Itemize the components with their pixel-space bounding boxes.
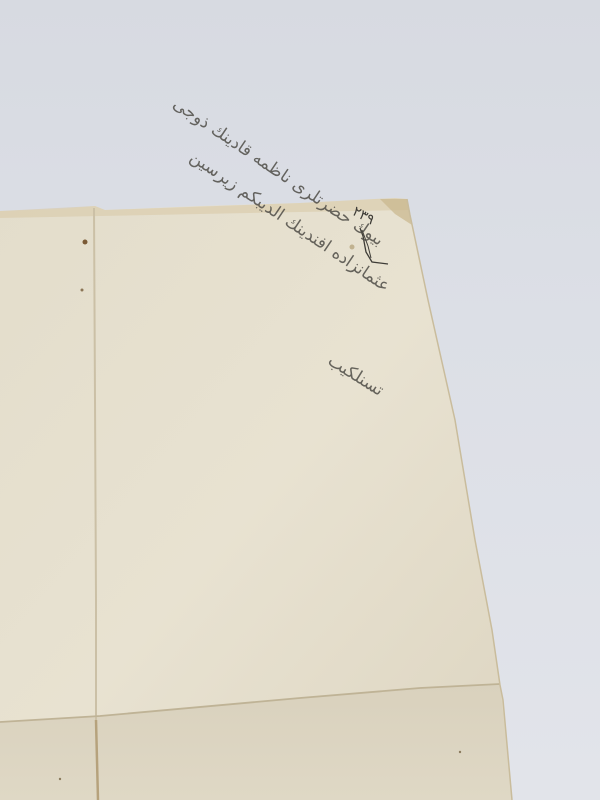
paper-sheet (0, 0, 600, 800)
foxing-spot (459, 751, 461, 753)
foxing-spot (81, 289, 84, 292)
foxing-spot (59, 778, 61, 780)
foxing-spot (350, 245, 355, 250)
document-photo: ٢٣٩ بیوك حضرتلری ناظمه قادینك ذوجی عثمان… (0, 0, 600, 800)
foxing-spot (83, 240, 88, 245)
